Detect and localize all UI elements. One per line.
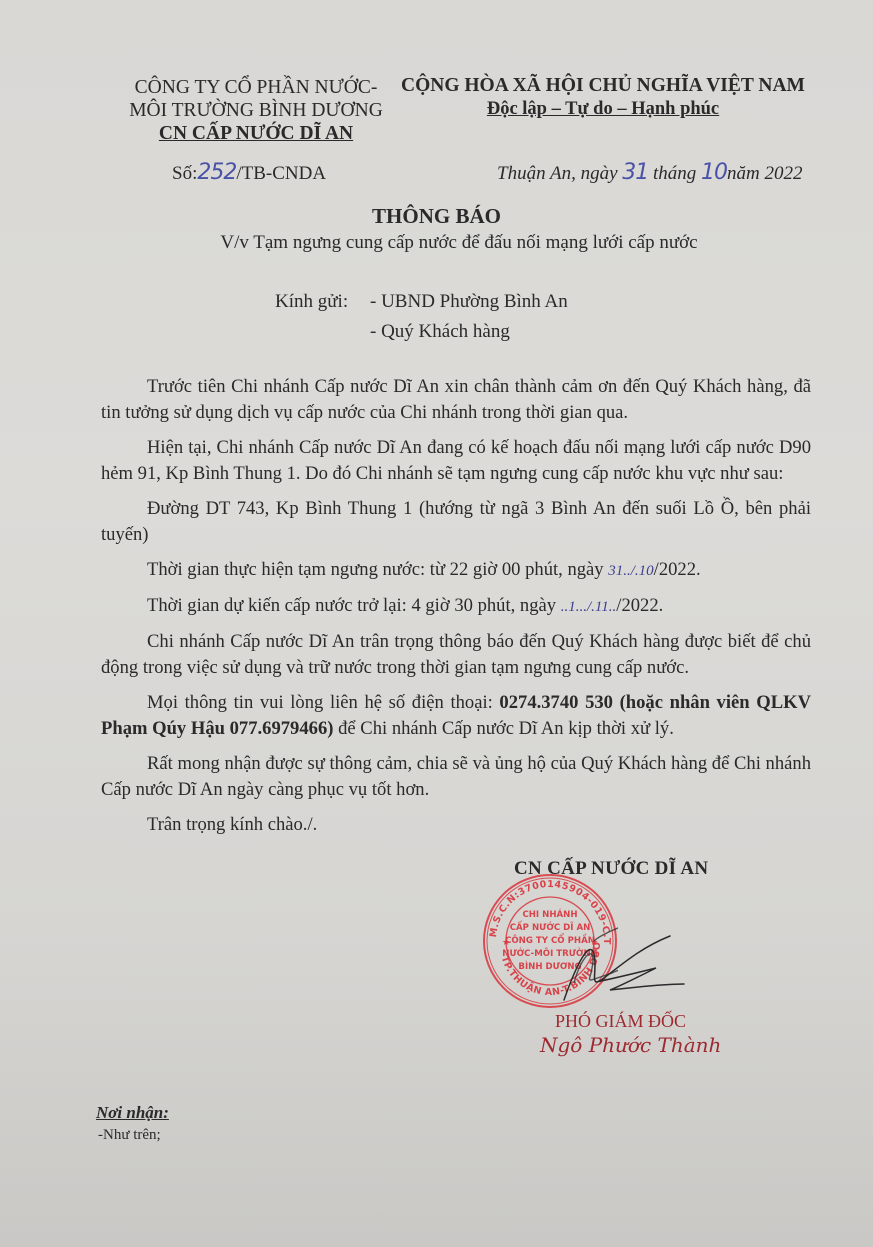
date-year: năm 2022 xyxy=(727,163,802,184)
national-title: CỘNG HÒA XÃ HỘI CHỦ NGHĨA VIỆT NAM xyxy=(388,74,818,98)
recipients-footer-label: Nơi nhận: xyxy=(96,1103,169,1123)
date-line: Thuận An, ngày 31 tháng 10năm 2022 xyxy=(497,160,803,185)
doc-number-handwritten: 252 xyxy=(197,160,236,185)
national-header: CỘNG HÒA XÃ HỘI CHỦ NGHĨA VIỆT NAM Độc l… xyxy=(388,74,818,120)
doc-number-suffix: /TB-CNDA xyxy=(236,163,326,184)
date-day-handwritten: 31 xyxy=(622,160,648,185)
doc-number-prefix: Số: xyxy=(172,163,197,184)
signer-name: Ngô Phước Thành xyxy=(540,1033,721,1057)
signature-scribble-icon xyxy=(560,920,690,1010)
recipients-block: Kính gửi: - UBND Phường Bình An - Quý Kh… xyxy=(275,287,568,347)
recipients-footer-item: -Như trên; xyxy=(98,1127,161,1144)
body-paragraph: Chi nhánh Cấp nước Dĩ An trân trọng thôn… xyxy=(101,629,811,681)
body-paragraph-contact: Mọi thông tin vui lòng liên hệ số điện t… xyxy=(101,690,811,742)
issuer-branch: CN CẤP NƯỚC DĨ AN xyxy=(96,122,416,145)
recipient-item: - Quý Khách hàng xyxy=(370,317,510,347)
date-place: Thuận An, ngày xyxy=(497,163,622,184)
date-month-handwritten: 10 xyxy=(701,160,727,185)
document-page: CÔNG TY CỔ PHẦN NƯỚC- MÔI TRƯỜNG BÌNH DƯ… xyxy=(0,0,873,1247)
resume-date-handwritten: ..1.../.11.. xyxy=(561,599,617,615)
body-paragraph-area: Đường DT 743, Kp Bình Thung 1 (hướng từ … xyxy=(101,496,811,548)
stop-date-handwritten: 31../.10 xyxy=(608,563,653,579)
body-paragraph: Rất mong nhận được sự thông cảm, chia sẽ… xyxy=(101,751,811,803)
document-subtitle: V/v Tạm ngưng cung cấp nước để đấu nối m… xyxy=(0,232,873,254)
body-paragraph-stop-time: Thời gian thực hiện tạm ngưng nước: từ 2… xyxy=(101,557,811,584)
document-number: Số:252/TB-CNDA xyxy=(172,160,326,185)
signer-title: PHÓ GIÁM ĐỐC xyxy=(555,1011,686,1032)
svg-text:CHI NHÁNH: CHI NHÁNH xyxy=(522,908,577,920)
issuer-org-line2: MÔI TRƯỜNG BÌNH DƯƠNG xyxy=(96,99,416,122)
issuer-org-line1: CÔNG TY CỔ PHẦN NƯỚC- xyxy=(96,76,416,99)
national-motto: Độc lập – Tự do – Hạnh phúc xyxy=(388,98,818,120)
body-paragraph-resume-time: Thời gian dự kiến cấp nước trở lại: 4 gi… xyxy=(101,593,811,620)
issuer-header: CÔNG TY CỔ PHẦN NƯỚC- MÔI TRƯỜNG BÌNH DƯ… xyxy=(96,76,416,145)
recipients-label: Kính gửi: xyxy=(275,287,370,317)
document-title: THÔNG BÁO xyxy=(0,204,873,229)
recipient-item: - UBND Phường Bình An xyxy=(370,287,568,317)
body-paragraph: Trước tiên Chi nhánh Cấp nước Dĩ An xin … xyxy=(101,374,811,426)
body-paragraph: Hiện tại, Chi nhánh Cấp nước Dĩ An đang … xyxy=(101,435,811,487)
document-body: Trước tiên Chi nhánh Cấp nước Dĩ An xin … xyxy=(101,374,811,847)
closing-greeting: Trân trọng kính chào./. xyxy=(101,812,811,838)
date-month-label: tháng xyxy=(648,163,701,184)
